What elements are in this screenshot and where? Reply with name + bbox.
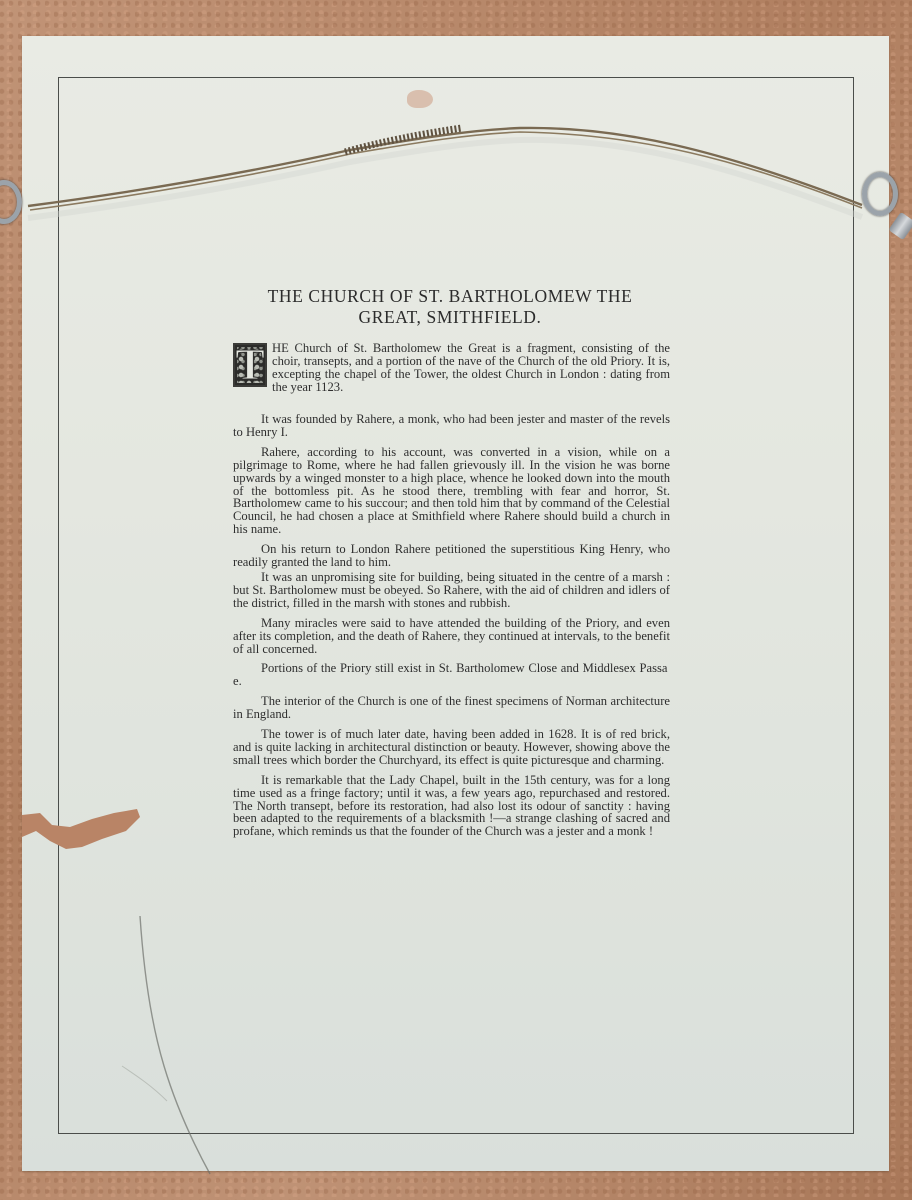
paragraph-10: It is remarkable that the Lady Chapel, b… [233,774,670,839]
paragraph-3: Rahere, according to his account, was co… [233,446,670,536]
hanging-ring-right [862,172,898,216]
illuminated-dropcap: T [233,343,267,387]
paragraph-6: Many miracles were said to have attended… [233,617,670,656]
paragraph-1: T HE Church of St. Bartholomew the Great… [233,342,670,406]
paper-crease [112,916,212,1176]
paragraph-7: Portions of the Priory still exist in St… [233,662,670,688]
paragraph-9: The tower is of much later date, having … [233,728,670,767]
document-body: T HE Church of St. Bartholomew the Great… [233,342,670,845]
document-title: THE CHURCH OF ST. BARTHOLOMEW THE GREAT,… [240,286,660,328]
paragraph-5: It was an unpromising site for building,… [233,571,670,610]
paragraph-4: On his return to London Rahere petitione… [233,543,670,569]
paragraph-8: The interior of the Church is one of the… [233,695,670,721]
hanging-wire [0,0,912,260]
paragraph-2: It was founded by Rahere, a monk, who ha… [233,413,670,439]
title-line-2: GREAT, SMITHFIELD. [240,307,660,328]
paper-tear [22,807,142,867]
title-line-1: THE CHURCH OF ST. BARTHOLOMEW THE [240,286,660,307]
